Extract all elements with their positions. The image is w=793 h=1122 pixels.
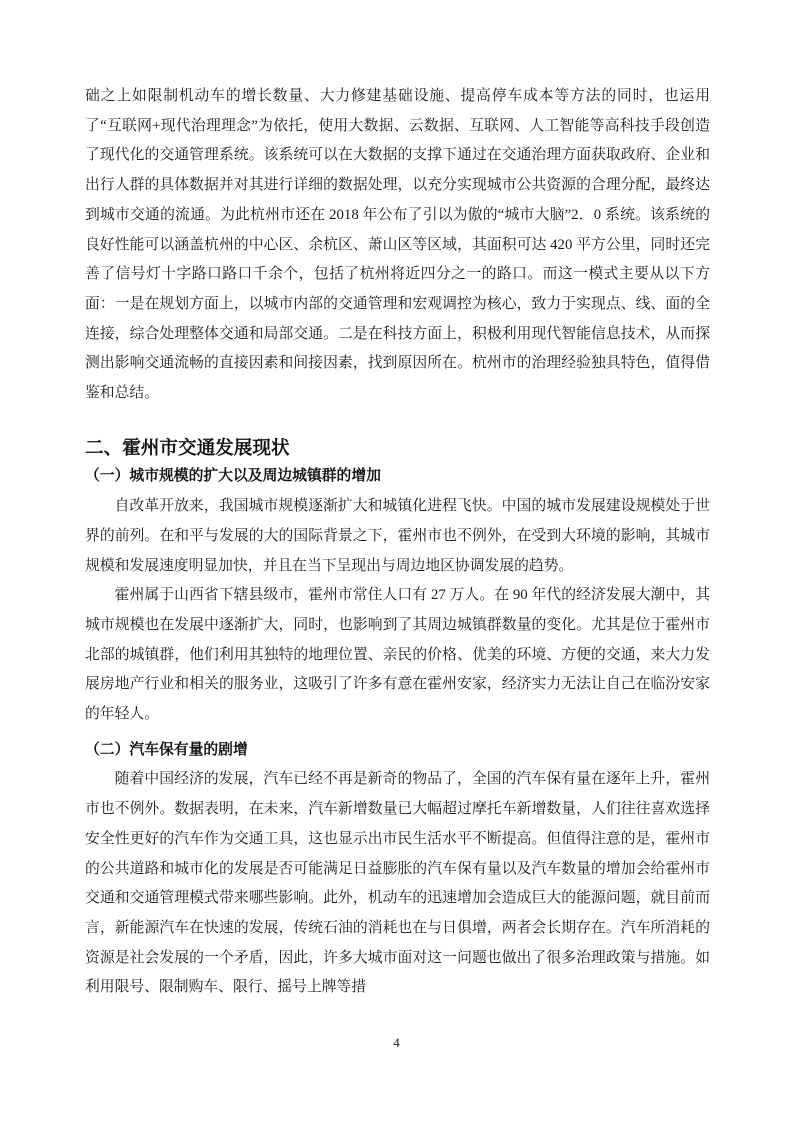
- paragraph-urban-scale-1: 自改革开放来，我国城市规模逐渐扩大和城镇化进程飞快。中国的城市发展建设规模处于世…: [85, 492, 710, 581]
- paragraph-urban-scale-2: 霍州属于山西省下辖县级市，霍州市常住人口有 27 万人。在 90 年代的经济发展…: [85, 581, 710, 730]
- subheading-urban-scale: （一）城市规模的扩大以及周边城镇群的增加: [85, 462, 710, 492]
- page-content: 础之上如限制机动车的增长数量、大力修建基础设施、提高停车成本等方法的同时，也运用…: [85, 82, 710, 1003]
- section-heading: 二、霍州市交通发展现状: [85, 433, 710, 463]
- subheading-car-ownership: （二）汽车保有量的剧增: [85, 736, 710, 766]
- paragraph-car-ownership: 随着中国经济的发展，汽车已经不再是新奇的物品了，全国的汽车保有量在逐年上升，霍州…: [85, 765, 710, 1003]
- paragraph-continued-from-previous-page: 础之上如限制机动车的增长数量、大力修建基础设施、提高停车成本等方法的同时，也运用…: [85, 82, 710, 409]
- document-page: 础之上如限制机动车的增长数量、大力修建基础设施、提高停车成本等方法的同时，也运用…: [0, 0, 793, 1122]
- page-number: 4: [0, 1035, 793, 1050]
